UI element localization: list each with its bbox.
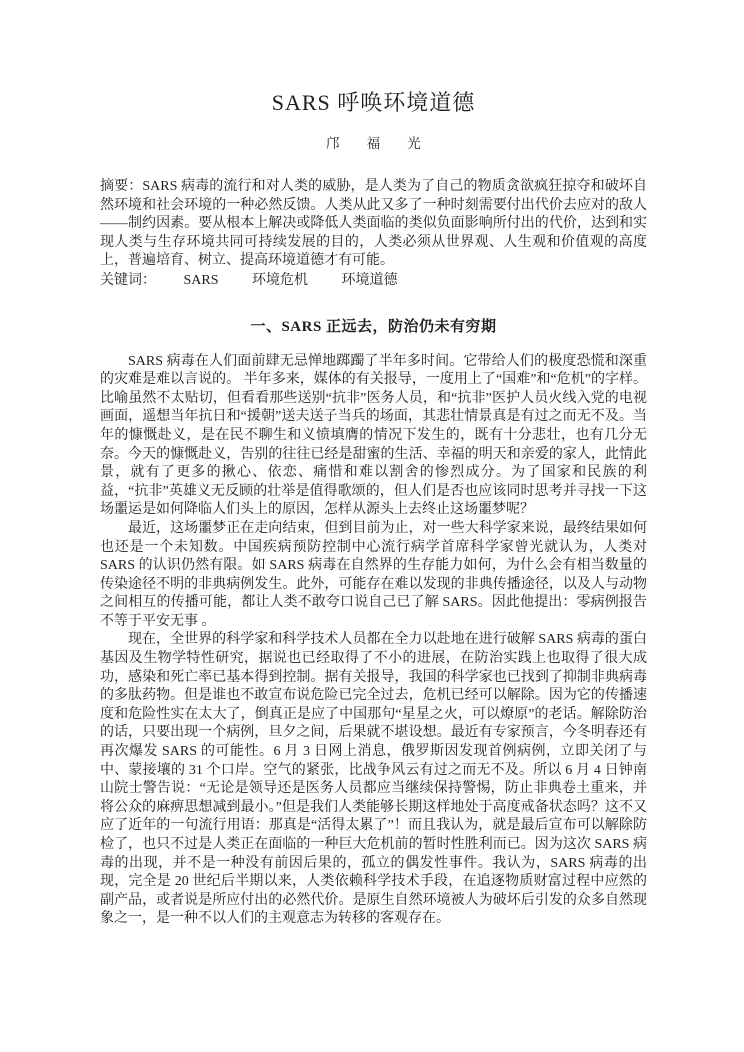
body-paragraph: SARS 病毒在人们面前肆无忌惮地踯躅了半年多时间。它带给人们的极度恐慌和深重的…: [100, 353, 647, 520]
document-title: SARS 呼唤环境道德: [100, 86, 647, 117]
keywords-label: 关键词：: [100, 273, 156, 288]
keyword-item: 环境危机: [252, 273, 308, 288]
author-name: 邝 福 光: [100, 132, 647, 152]
document-page: SARS 呼唤环境道德 邝 福 光 摘要：SARS 病毒的流行和对人类的威胁，是…: [0, 0, 744, 1052]
section-heading: 一、SARS 正远去，防治仍未有穷期: [100, 315, 647, 336]
abstract-text: 摘要：SARS 病毒的流行和对人类的威胁，是人类为了自己的物质贪欲疯狂掠夺和破坏…: [100, 178, 647, 271]
body-paragraph: 最近，这场噩梦正在走向结束，但到目前为止，对一些大科学家来说，最终结果如何也还是…: [100, 520, 647, 632]
keywords-line: 关键词： SARS 环境危机 环境道德: [100, 272, 647, 291]
body-paragraph: 现在，全世界的科学家和科学技术人员都在全力以赴地在进行破解 SARS 病毒的蛋白…: [100, 631, 647, 929]
keyword-item: SARS: [184, 273, 219, 288]
keyword-item: 环境道德: [342, 273, 398, 288]
